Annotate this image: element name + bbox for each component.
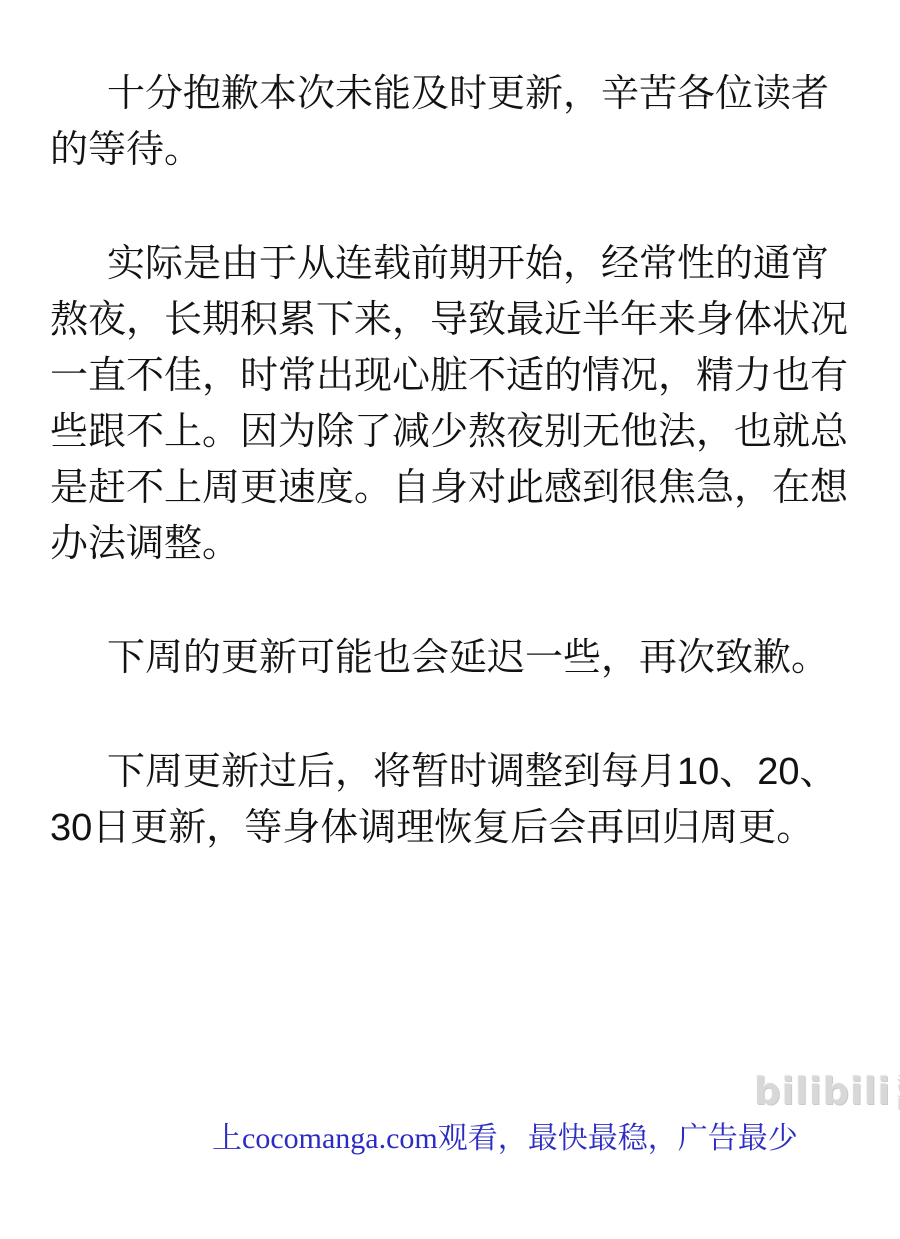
manga-notice-page: 十分抱歉本次未能及时更新，辛苦各位读者的等待。 实际是由于从连载前期开始，经常性… xyxy=(0,0,900,1239)
bilibili-watermark: bilibili 漫 画 xyxy=(754,1072,900,1112)
bilibili-logo: bilibili xyxy=(754,1072,891,1112)
notice-paragraph: 实际是由于从连载前期开始，经常性的通宵熬夜，长期积累下来，导致最近半年来身体状况… xyxy=(50,236,860,572)
notice-paragraph: 下周更新过后，将暂时调整到每月10、20、30日更新，等身体调理恢复后会再回归周… xyxy=(50,744,860,856)
notice-paragraph: 十分抱歉本次未能及时更新，辛苦各位读者的等待。 xyxy=(50,66,860,178)
promo-text: 上cocomanga.com观看，最快最稳，广告最少 xyxy=(212,1120,798,1158)
notice-paragraph: 下周的更新可能也会延迟一些，再次致歉。 xyxy=(50,630,860,686)
notice-text-block: 十分抱歉本次未能及时更新，辛苦各位读者的等待。 实际是由于从连载前期开始，经常性… xyxy=(50,66,860,856)
